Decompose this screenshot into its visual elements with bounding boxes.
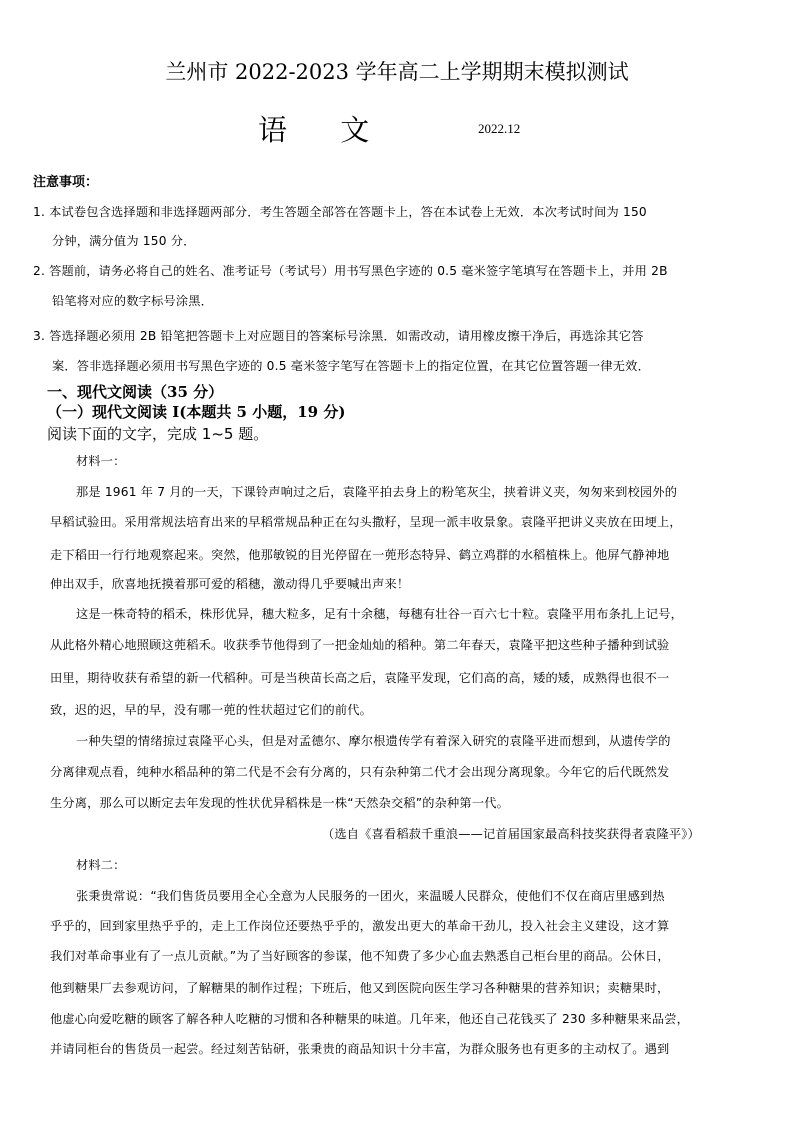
notice-line: 2. 答题前，请务必将自己的姓名、准考证号（考试号）用书写黑色字迹的 0.5 毫… [33, 262, 668, 279]
paragraph-line: 生分离，那么可以断定去年发现的性状优异稻株是一株“天然杂交稻”的杂种第一代。 [50, 794, 509, 811]
material2-label: 材料二： [76, 856, 126, 873]
paragraph-line: 田里，期待收获有希望的新一代稻种。可是当秧苗长高之后，袁隆平发现，它们高的高，矮… [50, 669, 669, 686]
section-subheading: （一）现代文阅读 I(本题共 5 小题，19 分) [47, 401, 345, 422]
paragraph-line: 乎乎的，回到家里热乎乎的，走上工作岗位还要热乎乎的，激发出更大的革命干劲儿，投入… [50, 917, 669, 934]
paragraph-line: 走下稻田一行行地观察起来。突然，他那敏锐的目光停留在一蔸形态特异、鹤立鸡群的水稻… [50, 546, 669, 563]
paragraph-line: 分离律观点看，纯种水稻品种的第二代是不会有分离的，只有杂种第二代才会出现分离现象… [50, 763, 669, 780]
notice-line: 铅笔将对应的数字标号涂黑． [52, 292, 213, 309]
paragraph-line: 他到糖果厂去参观访问，了解糖果的制作过程；下班后，他又到医院向医生学习各种糖果的… [50, 979, 669, 996]
paragraph-line: 张秉贵常说：“我们售货员要用全心全意为人民服务的一团火，来温暖人民群众，使他们不… [76, 887, 665, 904]
notice-line: 1. 本试卷包含选择题和非选择题两部分．考生答题全部答在答题卡上，答在本试卷上无… [33, 203, 647, 220]
paragraph-line: 伸出双手，欣喜地抚摸着那可爱的稻穗，激动得几乎要喊出声来！ [50, 575, 409, 592]
exam-title: 兰州市 2022-2023 学年高二上学期期末模拟测试 [0, 56, 794, 86]
notice-heading: 注意事项： [33, 171, 98, 190]
material1-source: （选自《喜看稻菽千重浪——记首届国家最高科技奖获得者袁隆平》） [322, 825, 700, 842]
paragraph-line: 他虚心向爱吃糖的顾客了解各种人吃糖的习惯和各种糖果的味道。几年来，他还自己花钱买… [50, 1010, 689, 1027]
paragraph-line: 致，迟的迟，早的早，没有哪一蔸的性状超过它们的前代。 [50, 701, 372, 718]
notice-line: 案．答非选择题必须用书写黑色字迹的 0.5 毫米签字笔写在答题卡上的指定位置，在… [52, 357, 650, 374]
paragraph-line: 那是 1961 年 7 月的一天，下课铃声响过之后，袁隆平拍去身上的粉笔灰尘，挟… [76, 483, 677, 500]
paragraph-line: 从此格外精心地照顾这蔸稻禾。收获季节他得到了一把金灿灿的稻种。第二年春天，袁隆平… [50, 636, 669, 653]
paragraph-line: 一种失望的情绪掠过袁隆平心头，但是对孟德尔、摩尔根遗传学有着深入研究的袁隆平进而… [76, 732, 671, 749]
paragraph-line: 这是一株奇特的稻禾，株形优异，穗大粒多，足有十余穗，每穗有壮谷一百六七十粒。袁隆… [76, 605, 683, 622]
paragraph-line: 我们对革命事业有了一点儿贡献。”为了当好顾客的参谋，他不知费了多少心血去熟悉自己… [50, 947, 670, 964]
subject-title: 语 文 [258, 108, 391, 149]
section-instruction: 阅读下面的文字，完成 1~5 题。 [47, 423, 268, 444]
paragraph-line: 早稻试验田。采用常规法培育出来的早稻常规品种正在勾头撒籽，呈现一派丰收景象。袁隆… [50, 513, 682, 530]
exam-date: 2022.12 [478, 121, 520, 137]
material1-label: 材料一： [76, 452, 126, 469]
section-heading: 一、现代文阅读（35 分） [47, 381, 223, 402]
paragraph-line: 并请同柜台的售货员一起尝。经过刻苦钻研，张秉贵的商品知识十分丰富，为群众服务也有… [50, 1040, 669, 1057]
notice-line: 3. 答选择题必须用 2B 铅笔把答题卡上对应题目的答案标号涂黑．如需改动，请用… [33, 327, 644, 344]
notice-line: 分钟，满分值为 150 分． [52, 232, 196, 249]
